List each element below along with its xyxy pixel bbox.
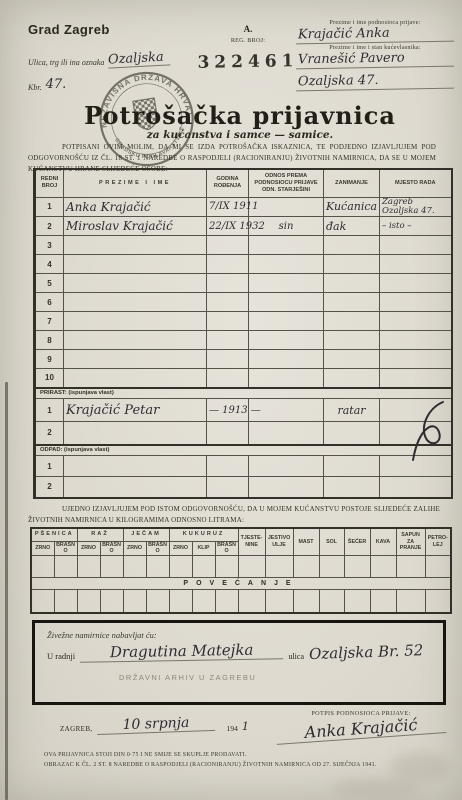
col-header-mjesto-rada: MJESTO RADA <box>380 169 452 197</box>
prirast-name: Krajačić Petar <box>64 399 207 422</box>
person-occupation <box>324 236 380 255</box>
col-sol: SOL <box>319 528 344 555</box>
footer-year-written: 1 <box>242 720 249 733</box>
col-jestivo-ulje: JESTIVO ULJE <box>265 528 293 555</box>
person-name <box>64 255 207 274</box>
person-name <box>64 312 207 331</box>
person-workplace <box>380 369 452 388</box>
person-relation <box>249 350 324 369</box>
prirast-label: PRIRAST: (ispunjava vlast) <box>35 388 452 399</box>
person-workplace <box>380 312 452 331</box>
person-name <box>64 293 207 312</box>
shop-box: Živežne namirnice nabavljat ću: U radnji… <box>32 620 446 705</box>
supplies-empty-row-1 <box>31 555 451 577</box>
group-kukuruz: KUKURUZ <box>169 528 238 541</box>
footer-note-2: OBRAZAC K ČL. 2 ST. 8 NAREDBE O RASPODJE… <box>44 760 444 770</box>
city-title: Grad Zagreb <box>28 22 198 37</box>
shop-line1: Živežne namirnice nabavljat ću: <box>47 630 431 640</box>
person-number: 9 <box>35 350 64 369</box>
person-birth <box>207 331 249 350</box>
supplies-group-header-row: PŠENICA RAŽ JEČAM KUKURUZ TJESTE-NINE JE… <box>31 528 451 541</box>
footer-year-printed: 194 <box>227 724 238 733</box>
person-row: 9 <box>35 350 452 369</box>
person-workplace <box>380 331 452 350</box>
supplies-empty-row-2 <box>31 589 451 613</box>
person-relation <box>249 293 324 312</box>
person-birth <box>207 236 249 255</box>
person-number: 7 <box>35 312 64 331</box>
prirast-occupation: ratar <box>324 399 380 422</box>
prirast-row-2: 2 <box>35 422 452 445</box>
sub-kukuruz-klip: KLIP <box>192 541 215 555</box>
group-raz: RAŽ <box>77 528 123 541</box>
prirast-number: 1 <box>35 399 64 422</box>
sub-kukuruz-brasno: BRAŠNO <box>215 541 238 555</box>
person-occupation <box>324 331 380 350</box>
col-header-zanimanje: ZANIMANJE <box>324 169 380 197</box>
supplies-increase-row: POVEĆANJE <box>31 577 451 589</box>
odpad-row-2: 2 <box>35 477 452 498</box>
person-birth <box>207 350 249 369</box>
landlord-address: Ozaljska 47. <box>296 71 454 91</box>
shop-name-value: Dragutina Matejka <box>80 640 284 663</box>
person-occupation <box>324 274 380 293</box>
person-occupation <box>324 293 380 312</box>
footer-place-label: ZAGREB, <box>60 725 93 733</box>
person-name <box>64 236 207 255</box>
person-row: 4 <box>35 255 452 274</box>
persons-table-wrap: REDNI BROJ PREZIME I IME GODINA ROĐENJA … <box>33 168 453 499</box>
col-kava: KAVA <box>370 528 396 555</box>
person-number: 1 <box>35 197 64 217</box>
person-occupation: đak <box>324 217 380 236</box>
scanned-document-page: Grad Zagreb Ulica, trg ili ina oznaka Oz… <box>0 0 462 800</box>
group-psenica: PŠENICA <box>31 528 77 541</box>
person-workplace: Zagreb Ozaljska 47. <box>380 197 452 217</box>
official-signature-flourish <box>409 398 453 464</box>
person-row: 8 <box>35 331 452 350</box>
person-occupation <box>324 350 380 369</box>
person-workplace <box>380 274 452 293</box>
archive-stamp-text: DRŽAVNI ARHIV U ZAGREBU <box>119 673 431 682</box>
section-letter: A. <box>188 24 308 34</box>
sub-raz-zrno: ZRNO <box>77 541 100 555</box>
persons-table: REDNI BROJ PREZIME I IME GODINA ROĐENJA … <box>33 168 453 499</box>
col-secer: ŠEĆER <box>344 528 370 555</box>
col-header-prezime-ime: PREZIME I IME <box>64 169 207 197</box>
person-row: 10 <box>35 369 452 388</box>
person-workplace <box>380 255 452 274</box>
person-birth <box>207 369 249 388</box>
scan-edge-line <box>5 382 8 800</box>
group-jecam: JEČAM <box>123 528 169 541</box>
scan-stain <box>390 752 450 782</box>
person-name <box>64 331 207 350</box>
col-petrolej: PETRO-LEJ <box>425 528 451 555</box>
sub-psenica-brasno: BRAŠNO <box>54 541 77 555</box>
house-number-label: Kbr. <box>28 83 42 92</box>
street-label: Ulica, trg ili ina oznaka <box>28 58 104 67</box>
person-birth <box>207 274 249 293</box>
person-occupation: Kućanica <box>324 197 380 217</box>
supplies-table-wrap: PŠENICA RAŽ JEČAM KUKURUZ TJESTE-NINE JE… <box>30 527 452 614</box>
scan-stain <box>330 778 420 798</box>
person-name <box>64 369 207 388</box>
person-name: Anka Krajačić <box>64 197 207 217</box>
house-number-value: 47. <box>46 77 76 92</box>
reg-number-stamp: 322461 <box>188 51 308 73</box>
person-occupation <box>324 312 380 331</box>
odpad-label: ODPAD: (ispunjava vlast) <box>35 445 452 456</box>
shop-street-value: Ozaljska Br. 52 <box>309 641 432 663</box>
person-birth <box>207 312 249 331</box>
person-number: 2 <box>35 217 64 236</box>
person-relation <box>249 331 324 350</box>
reg-number-label: REG. BROJ: <box>188 37 308 44</box>
person-name <box>64 274 207 293</box>
sub-raz-brasno: BRAŠNO <box>100 541 123 555</box>
prirast-row-1: 1 Krajačić Petar — 1913 — ratar <box>35 399 452 422</box>
footer-notes: OVA PRIJAVNICA STOJI DIN 0·75 I NE SMIJE… <box>44 750 444 770</box>
sub-psenica-zrno: ZRNO <box>31 541 54 555</box>
applicant-signature: Anka Krajačić <box>276 713 447 745</box>
header-center: A. REG. BROJ: 322461 <box>188 24 308 72</box>
col-sapun: SAPUN ZA PRANJE <box>396 528 425 555</box>
supplies-table: PŠENICA RAŽ JEČAM KUKURUZ TJESTE-NINE JE… <box>30 527 452 614</box>
prirast-number: 2 <box>35 422 64 445</box>
person-number: 8 <box>35 331 64 350</box>
header-right: Prezime i ime podnosioca prijave: Krajač… <box>296 18 454 90</box>
landlord-name: Vranešić Pavero <box>296 50 454 70</box>
footer-date-line: ZAGREB, 10 srpnja 194 1 <box>60 716 249 733</box>
person-row: 1 Anka Krajačić 7/IX 1911 Kućanica Zagre… <box>35 197 452 217</box>
person-relation <box>249 274 324 293</box>
person-number: 3 <box>35 236 64 255</box>
person-relation <box>249 369 324 388</box>
person-row: 7 <box>35 312 452 331</box>
person-workplace: – isto – <box>380 217 452 236</box>
shop-radnji-label: U radnji <box>47 651 75 661</box>
person-occupation <box>324 369 380 388</box>
person-workplace <box>380 293 452 312</box>
applicant-name: Krajačić Anka <box>296 25 454 45</box>
person-relation <box>249 312 324 331</box>
person-birth <box>207 293 249 312</box>
declaration-statement-2: UJEDNO IZJAVLJUJEM POD ISTOM ODGOVORNOŠĆ… <box>28 504 440 526</box>
sub-kukuruz-zrno: ZRNO <box>169 541 192 555</box>
street-value: Ozaljska <box>108 49 171 68</box>
person-relation <box>249 197 324 217</box>
prirast-birth: — 1913 — <box>207 399 249 422</box>
footer-signature-block: POTPIS PODNOSIOCA PRIJAVE: Anka Krajačić <box>276 710 446 739</box>
person-row: 3 <box>35 236 452 255</box>
document-subtitle: za kućanstva i samce — samice. <box>40 129 440 141</box>
person-name <box>64 350 207 369</box>
col-header-redni-broj: REDNI BROJ <box>35 169 64 197</box>
col-header-odnos: ODNOS PREMA PODNOSIOCU PRIJAVE ODN. STAR… <box>249 169 324 197</box>
col-tjestenine: TJESTE-NINE <box>238 528 265 555</box>
person-row: 2 Miroslav Krajačić 22/IX 1932 sin đak –… <box>35 217 452 236</box>
person-number: 10 <box>35 369 64 388</box>
prirast-band: PRIRAST: (ispunjava vlast) <box>35 388 452 399</box>
odpad-number: 2 <box>35 477 64 498</box>
odpad-band: ODPAD: (ispunjava vlast) <box>35 445 452 456</box>
person-birth: 7/IX 1911 <box>207 197 249 217</box>
person-occupation <box>324 255 380 274</box>
person-row: 5 <box>35 274 452 293</box>
footer-note-1: OVA PRIJAVNICA STOJI DIN 0·75 I NE SMIJE… <box>44 750 444 760</box>
sub-jecam-zrno: ZRNO <box>123 541 146 555</box>
sub-jecam-brasno: BRAŠNO <box>146 541 169 555</box>
person-relation <box>249 236 324 255</box>
person-number: 5 <box>35 274 64 293</box>
increase-label: POVEĆANJE <box>31 577 451 589</box>
odpad-number: 1 <box>35 456 64 477</box>
footer-date-value: 10 srpnja <box>96 714 215 735</box>
persons-table-header-row: REDNI BROJ PREZIME I IME GODINA ROĐENJA … <box>35 169 452 197</box>
person-workplace <box>380 350 452 369</box>
person-birth <box>207 255 249 274</box>
shop-street-label: ulica <box>288 652 304 661</box>
person-number: 4 <box>35 255 64 274</box>
person-number: 6 <box>35 293 64 312</box>
person-row: 6 <box>35 293 452 312</box>
col-mast: MAST <box>293 528 319 555</box>
person-relation <box>249 255 324 274</box>
col-header-godina-rodjenja: GODINA ROĐENJA <box>207 169 249 197</box>
person-birth: 22/IX 1932 <box>207 217 249 236</box>
odpad-row-1: 1 <box>35 456 452 477</box>
document-title: Potrošačka prijavnica <box>40 101 440 130</box>
person-workplace <box>380 236 452 255</box>
person-name: Miroslav Krajačić <box>64 217 207 236</box>
